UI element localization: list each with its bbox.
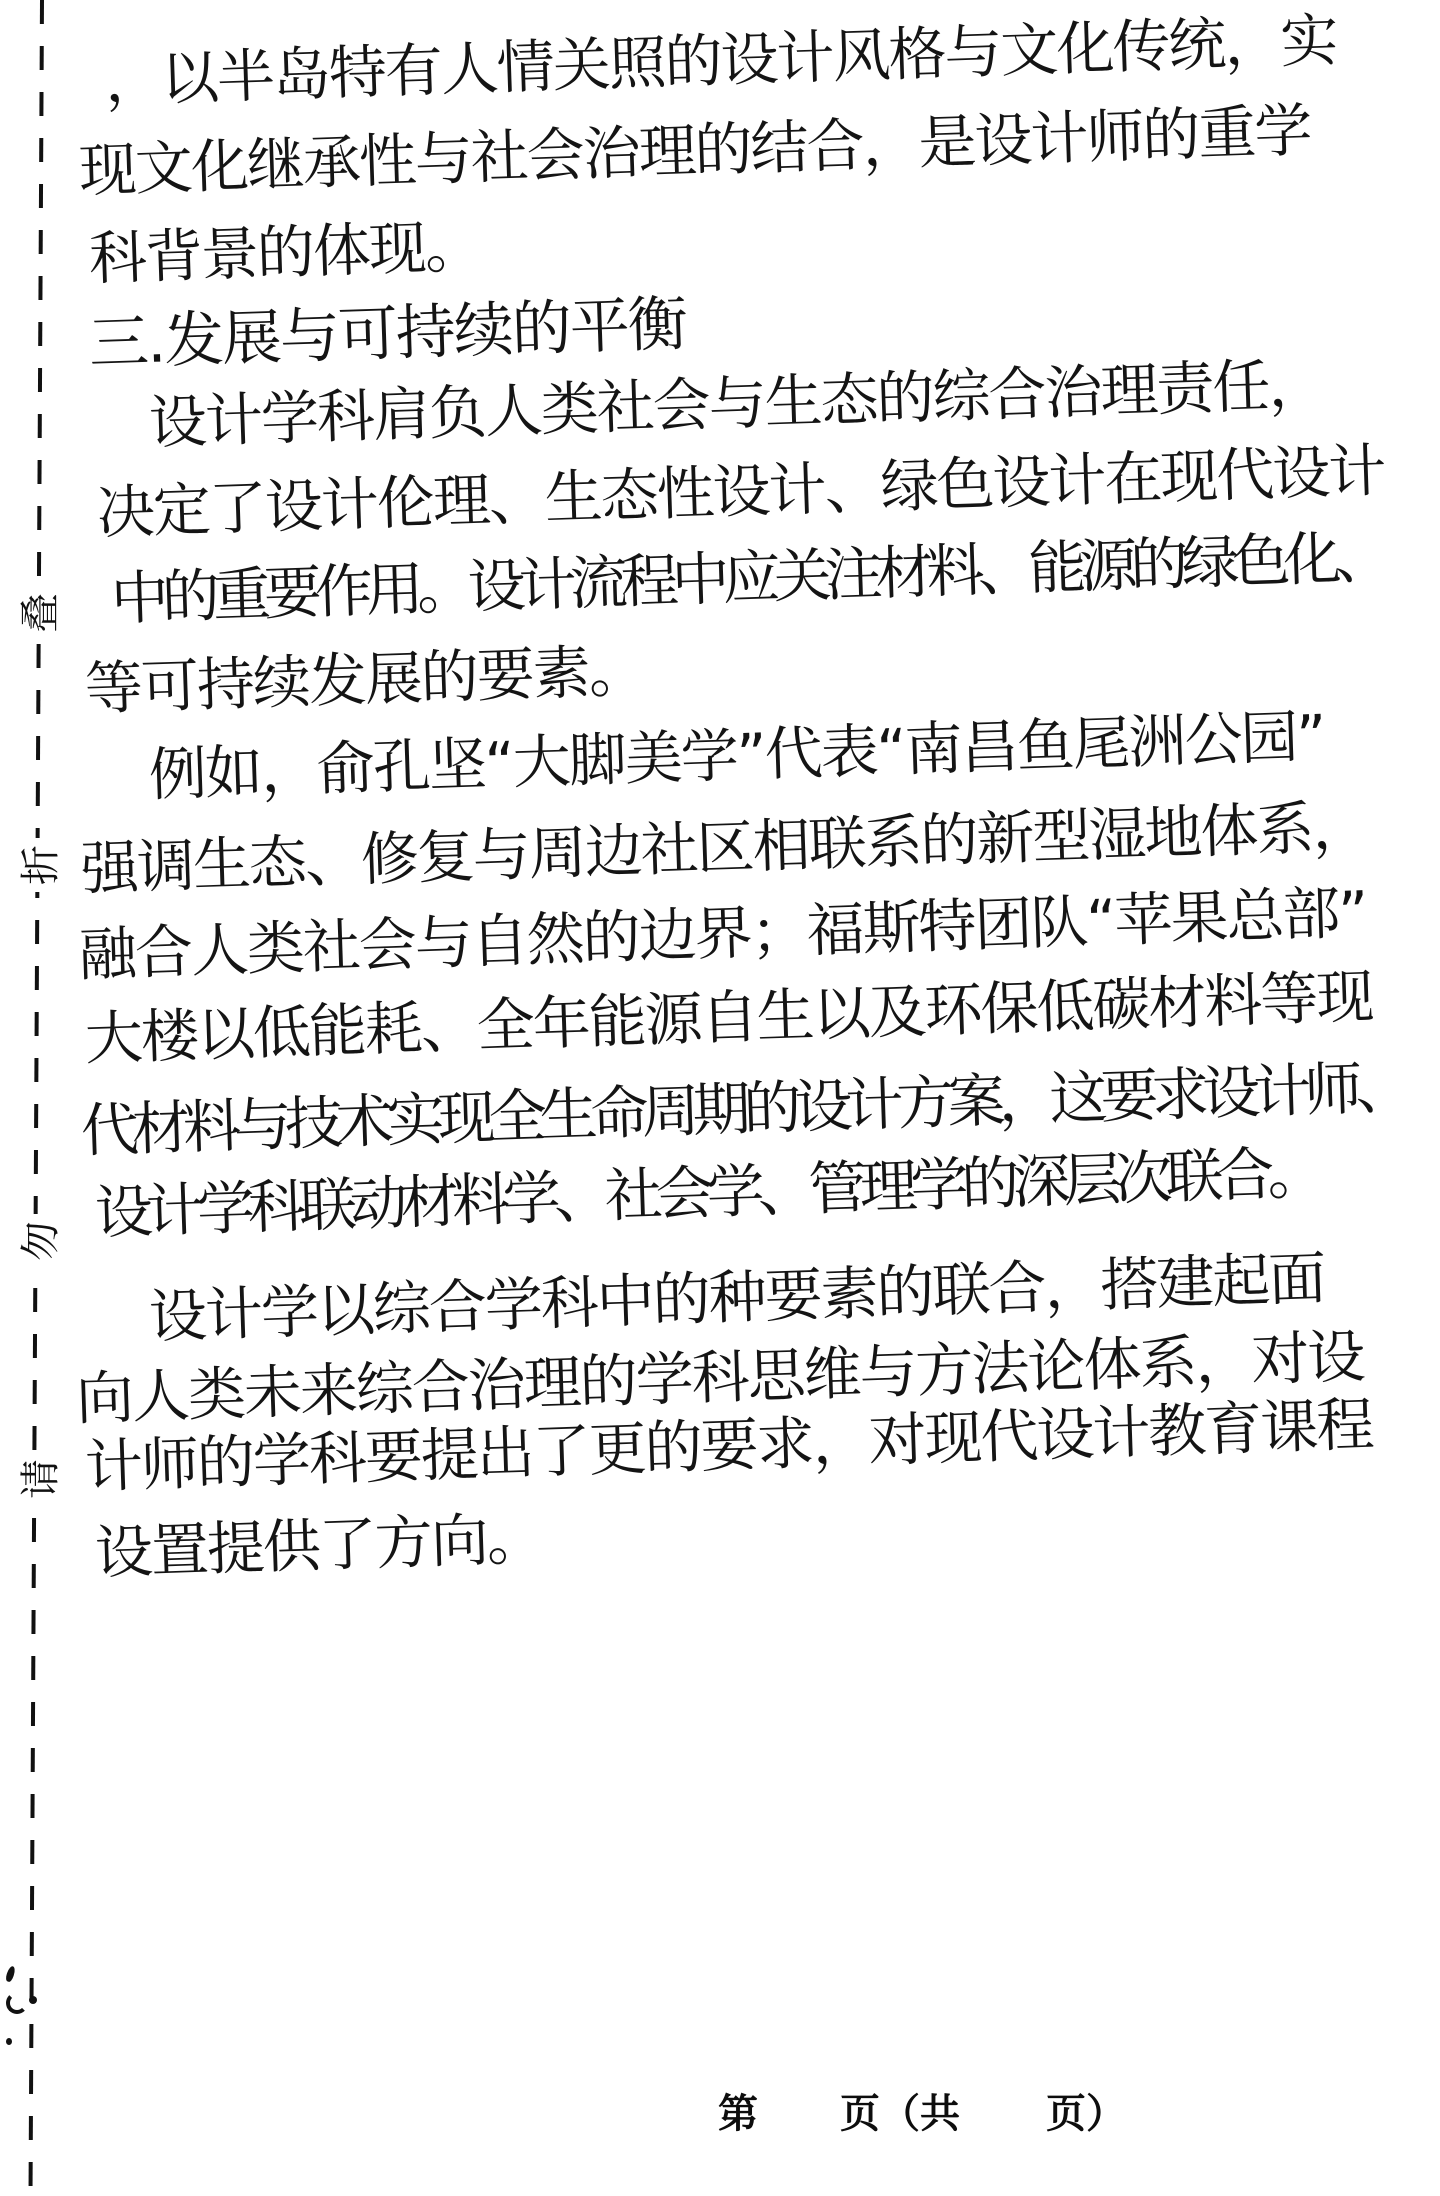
fold-notice-char-wu: 勿	[14, 1214, 68, 1268]
ink-smudge	[6, 2038, 12, 2045]
fold-notice-char-zhe: 折	[14, 838, 68, 892]
ink-smudge	[6, 1992, 28, 2014]
handwritten-line: 中的重要作用。设计流程中应关注材料、能源的绿色化、	[110, 528, 1386, 628]
handwritten-line: 强调生态、修复与周边社区相联系的新型湿地体系，	[80, 797, 1369, 898]
handwritten-line: 等可持续发展的要素。	[84, 641, 646, 718]
handwritten-line: 例如，俞孔坚“大脚美学”代表“南昌鱼尾洲公园”	[148, 707, 1325, 804]
answer-sheet-page: 叠 折 勿 请 ，以半岛特有人情关照的设计风格与文化传统，实 现文化继承性与社会…	[0, 0, 1440, 2196]
handwritten-line: 决定了设计伦理、生态性设计、绿色设计在现代设计	[96, 441, 1385, 542]
footer-page-end: 页）	[1046, 2092, 1126, 2136]
handwritten-line: 设置提供了方向。	[94, 1509, 544, 1582]
fold-dashed-line	[29, 0, 44, 2196]
fold-notice-char-qing: 请	[14, 1452, 68, 1506]
footer-page-prefix: 第	[718, 2092, 758, 2136]
footer-page-mid: 页（共	[840, 2092, 960, 2136]
handwritten-line: ，以半岛特有人情关照的设计风格与文化传统，实	[104, 11, 1337, 110]
handwritten-line: 现文化继承性与社会治理的结合，是设计师的重学	[78, 101, 1311, 200]
fold-notice-char-die: 叠	[14, 586, 68, 640]
page-footer: 第页（共页）	[718, 2082, 1126, 2139]
ink-smudge	[5, 1965, 17, 1982]
ink-smudge	[29, 1996, 37, 2004]
handwritten-line: 科背景的体现。	[88, 217, 482, 288]
section-heading: 三.发展与可持续的平衡	[88, 294, 687, 374]
